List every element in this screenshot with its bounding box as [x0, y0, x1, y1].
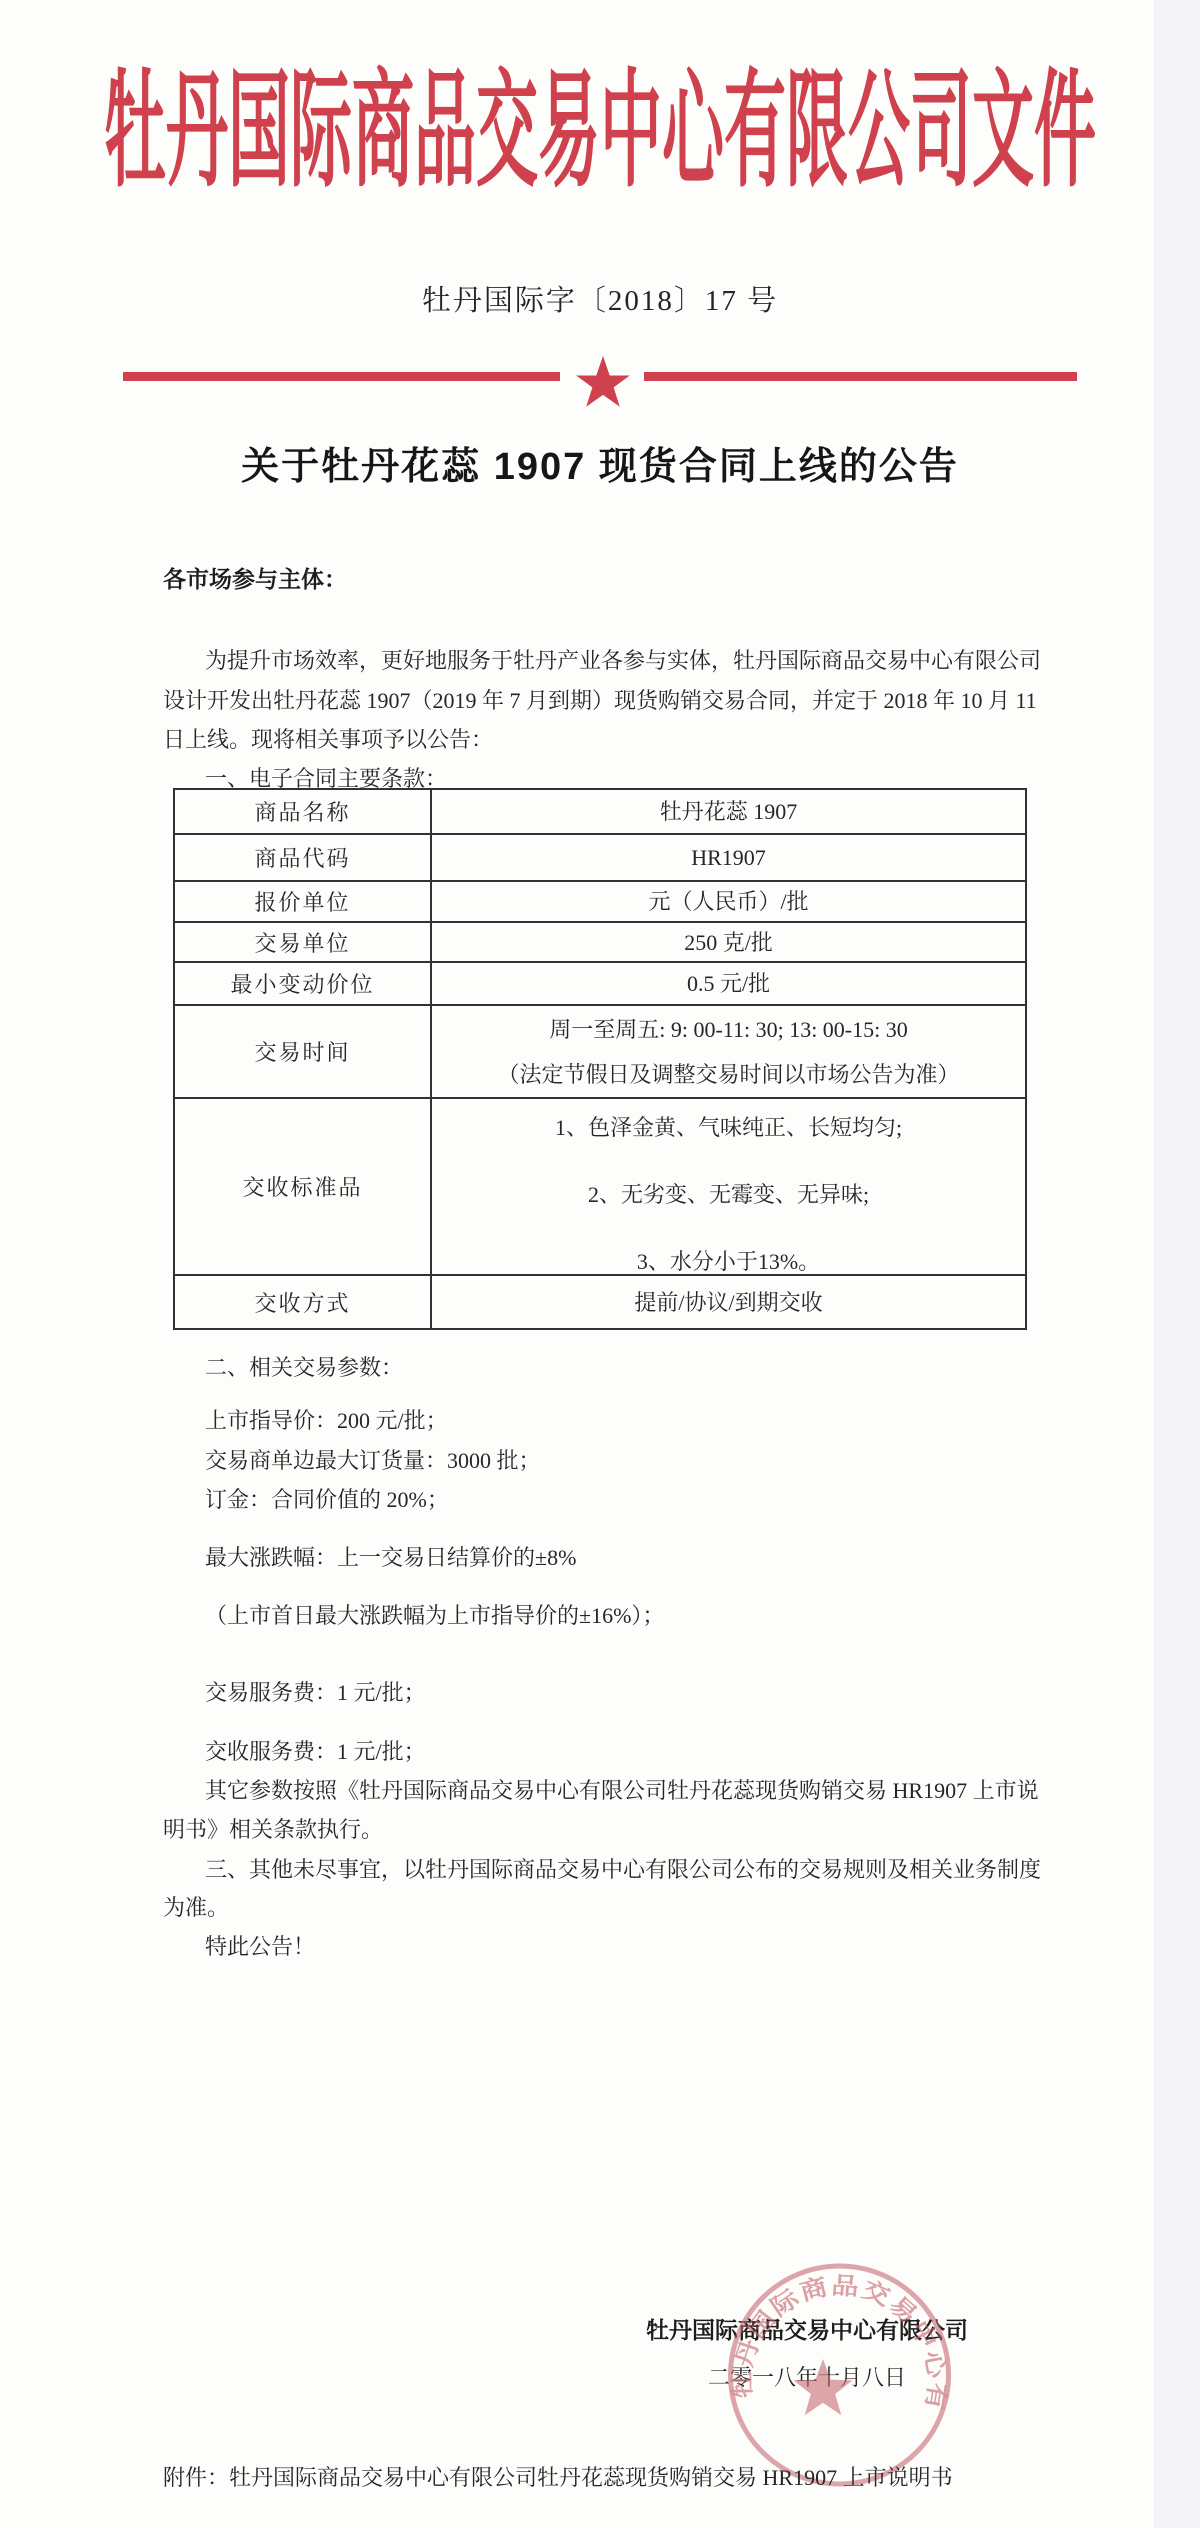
table-value-cell: 1、色泽金黄、气味纯正、长短均匀; 2、无劣变、无霉变、无异味; 3、水分小于1… — [432, 1099, 1025, 1274]
closing-statement: 特此公告！ — [205, 1932, 315, 1962]
table-value-cell: 牡丹花蕊 1907 — [432, 790, 1025, 833]
other-params-line: 明书》相关条款执行。 — [163, 1815, 383, 1845]
param-line: （上市首日最大涨跌幅为上市指导价的±16%）； — [205, 1601, 664, 1631]
letterhead-title: 牡丹国际商品交易中心有限公司文件 — [0, 70, 1200, 197]
divider-rule-right — [644, 372, 1077, 381]
table-value-cell: HR1907 — [432, 835, 1025, 880]
table-value-cell: 250 克/批 — [432, 923, 1025, 961]
table-row: 交收标准品 1、色泽金黄、气味纯正、长短均匀; 2、无劣变、无霉变、无异味; 3… — [175, 1097, 1025, 1274]
table-value-text: 周一至周五: 9: 00-11: 30; 13: 00-15: 30 — [549, 1007, 908, 1052]
salutation: 各市场参与主体： — [163, 565, 347, 593]
table-label-cell: 报价单位 — [175, 882, 432, 921]
table-row: 交易时间 周一至周五: 9: 00-11: 30; 13: 00-15: 30 … — [175, 1004, 1025, 1097]
contract-terms-table: 商品名称 牡丹花蕊 1907 商品代码 HR1907 报价单位 元（人民币）/批… — [173, 788, 1027, 1330]
table-value-text: 0.5 元/批 — [687, 961, 770, 1006]
intro-line: 设计开发出牡丹花蕊 1907（2019 年 7 月到期）现货购销交易合同，并定于… — [163, 686, 1037, 716]
table-label-cell: 商品代码 — [175, 835, 432, 880]
attachment-note: 附件：牡丹国际商品交易中心有限公司牡丹花蕊现货购销交易 HR1907 上市说明书 — [163, 2464, 953, 2492]
table-row: 报价单位 元（人民币）/批 — [175, 880, 1025, 921]
section2-heading: 二、相关交易参数： — [205, 1353, 403, 1383]
table-label-cell: 最小变动价位 — [175, 963, 432, 1004]
table-row: 交收方式 提前/协议/到期交收 — [175, 1274, 1025, 1328]
signature-date: 二零一八年十月八日 — [412, 2365, 1200, 2391]
table-value-cell: 提前/协议/到期交收 — [432, 1276, 1025, 1328]
table-label-cell: 交易单位 — [175, 923, 432, 961]
scan-edge-strip — [1154, 0, 1200, 2528]
intro-line: 为提升市场效率，更好地服务于牡丹产业各参与实体，牡丹国际商品交易中心有限公司 — [205, 646, 1041, 676]
table-row: 商品名称 牡丹花蕊 1907 — [175, 790, 1025, 833]
document-number: 牡丹国际字〔2018〕17 号 — [0, 285, 1200, 317]
table-value-text: 提前/协议/到期交收 — [634, 1280, 822, 1325]
table-value-cell: 周一至周五: 9: 00-11: 30; 13: 00-15: 30 （法定节假… — [432, 1006, 1025, 1097]
other-params-line: 其它参数按照《牡丹国际商品交易中心有限公司牡丹花蕊现货购销交易 HR1907 上… — [205, 1776, 1039, 1806]
param-line: 交收服务费：1 元/批； — [205, 1737, 426, 1767]
divider-rule-left — [123, 372, 560, 381]
table-value-text: 2、无劣变、无霉变、无异味; — [588, 1184, 869, 1206]
table-value-text: 元（人民币）/批 — [648, 879, 808, 924]
signature-company: 牡丹国际商品交易中心有限公司 — [412, 2316, 1200, 2344]
table-value-text: 1、色泽金黄、气味纯正、长短均匀; — [555, 1117, 902, 1139]
table-value-text: HR1907 — [691, 835, 766, 880]
section3-line: 为准。 — [163, 1893, 229, 1923]
table-value-text: 3、水分小于13%。 — [637, 1251, 820, 1273]
notice-title: 关于牡丹花蕊 1907 现货合同上线的公告 — [0, 446, 1200, 488]
table-label-cell: 交易时间 — [175, 1006, 432, 1097]
section3-line: 三、其他未尽事宜，以牡丹国际商品交易中心有限公司公布的交易规则及相关业务制度 — [205, 1855, 1041, 1885]
table-value-text: （法定节假日及调整交易时间以市场公告为准） — [497, 1052, 959, 1097]
signature-block: 牡丹国际商品交易中心有限公司 二零一八年十月八日 — [412, 2316, 1200, 2391]
table-value-text: 牡丹花蕊 1907 — [660, 789, 798, 834]
param-line: 交易商单边最大订货量：3000 批； — [205, 1446, 541, 1476]
table-value-cell: 元（人民币）/批 — [432, 882, 1025, 921]
param-line: 订金：合同价值的 20%； — [205, 1485, 449, 1515]
table-value-cell: 0.5 元/批 — [432, 963, 1025, 1004]
document-page: 牡丹国际商品交易中心有限公司文件 牡丹国际字〔2018〕17 号 关于牡丹花蕊 … — [0, 0, 1200, 2528]
table-row: 最小变动价位 0.5 元/批 — [175, 961, 1025, 1004]
star-icon — [575, 356, 631, 410]
table-row: 商品代码 HR1907 — [175, 833, 1025, 880]
table-label-cell: 交收方式 — [175, 1276, 432, 1328]
table-row: 交易单位 250 克/批 — [175, 921, 1025, 961]
param-line: 交易服务费：1 元/批； — [205, 1678, 426, 1708]
param-line: 上市指导价：200 元/批； — [205, 1406, 448, 1436]
table-label-cell: 交收标准品 — [175, 1099, 432, 1274]
param-line: 最大涨跌幅：上一交易日结算价的±8% — [205, 1543, 576, 1573]
intro-line: 日上线。现将相关事项予以公告： — [163, 725, 493, 755]
table-label-cell: 商品名称 — [175, 790, 432, 833]
table-value-text: 250 克/批 — [684, 920, 773, 965]
